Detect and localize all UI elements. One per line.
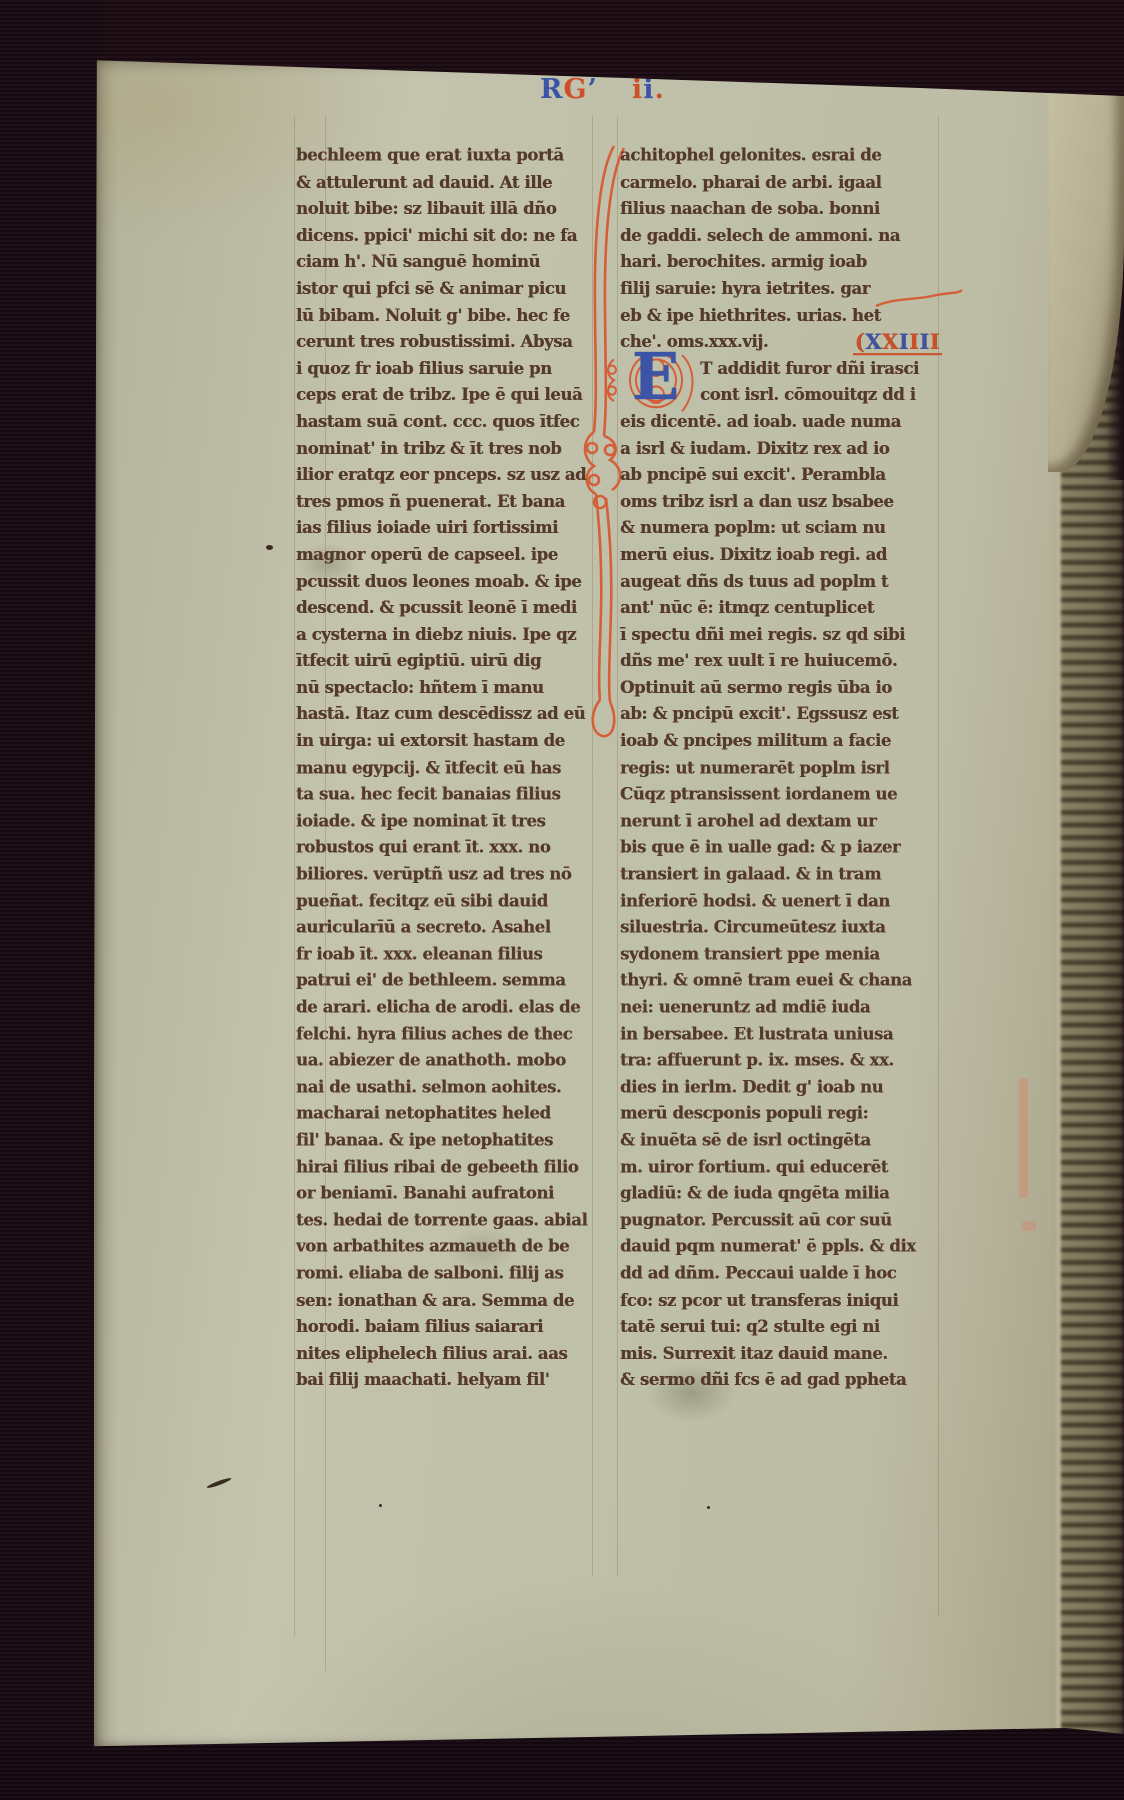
text-line: m. uiror fortium. qui educerēt <box>620 1153 942 1180</box>
text-line: Optinuit aū sermo regis ūba io <box>620 674 942 701</box>
rubric-char: X <box>882 328 899 354</box>
text-line: tra: affuerunt p. ix. mses. & xx. <box>620 1047 942 1074</box>
text-line: or beniamī. Banahi aufratoni <box>296 1180 596 1207</box>
text-line: dauid pqm numerat' ē ppls. & dix <box>620 1233 942 1260</box>
initial-letter-E: E <box>632 347 679 407</box>
ink-speck <box>379 1504 382 1507</box>
text-line: ioiade. & ipe nominat īt tres <box>296 807 596 834</box>
text-line: noluit bibe: sz libauit illā dño <box>296 195 596 222</box>
text-line: hastā. Itaz cum descēdissz ad eū <box>296 701 596 728</box>
rubric-char: ’ <box>588 74 598 105</box>
text-line: bechleem que erat iuxta portā <box>296 142 596 169</box>
text-line: auricularīū a secreto. Asahel <box>296 914 596 941</box>
text-line: macharai netophatites heled <box>296 1100 596 1127</box>
text-line: pugnator. Percussit aū cor suū <box>620 1207 942 1234</box>
rubric-char: X <box>865 328 882 354</box>
text-line: tes. hedai de torrente gaas. abial <box>296 1207 596 1234</box>
text-line: ab: & pncipū excit'. Egssusz est <box>620 701 942 728</box>
manuscript-photo: RG’ ii. bechleem que erat iuxta portā& a… <box>0 0 1124 1800</box>
text-line: nei: ueneruntz ad mdiē iuda <box>620 994 942 1021</box>
rubric-char: I <box>909 328 919 354</box>
text-line: & numera poplm: ut sciam nu <box>620 515 942 542</box>
text-column-right: achitophel gelonites. esrai decarmelo. p… <box>620 142 942 1393</box>
text-line: in uirga: ui extorsit hastam de <box>296 728 596 755</box>
text-line: bai filij maachati. helyam fil' <box>296 1366 596 1393</box>
rubric-char: R <box>540 74 563 105</box>
text-line: magnor operū de capseel. ipe <box>296 541 596 568</box>
text-line: ītfecit uirū egiptiū. uirū dig <box>296 648 596 675</box>
text-line: in bersabee. Et lustrata uniusa <box>620 1020 942 1047</box>
text-line: horodi. baiam filius saiarari <box>296 1313 596 1340</box>
text-line: nū spectaclo: hñtem ī manu <box>296 674 596 701</box>
text-line: nites eliphelech filius arai. aas <box>296 1340 596 1367</box>
text-line: biliores. verūptñ usz ad tres nō <box>296 861 596 888</box>
text-line: descend. & pcussit leonē ī medi <box>296 594 596 621</box>
text-line: dñs me' rex uult ī re huiucemō. <box>620 648 942 675</box>
text-line: nominat' in tribz & īt tres nob <box>296 435 596 462</box>
text-line: filius naachan de soba. bonni <box>620 195 942 222</box>
text-line: i quoz fr ioab filius saruie pn <box>296 355 596 382</box>
text-line: augeat dñs ds tuus ad poplm t <box>620 568 942 595</box>
text-line: hari. berochites. armig ioab <box>620 248 942 275</box>
text-column-left: bechleem que erat iuxta portā& attulerun… <box>296 142 596 1393</box>
text-line: fco: sz pcor ut transferas iniqui <box>620 1287 942 1314</box>
text-line: transiert in galaad. & in tram <box>620 861 942 888</box>
text-line: de arari. elicha de arodi. elas de <box>296 994 596 1021</box>
text-line: merū eius. Dixitz ioab regi. ad <box>620 541 942 568</box>
text-line: inferiorē hodsi. & uenert ī dan <box>620 887 942 914</box>
text-line: ias filius ioiade uiri fortissimi <box>296 515 596 542</box>
text-line: a isrl & iudam. Dixitz rex ad io <box>620 435 942 462</box>
text-line: ī spectu dñi mei regis. sz qd sibi <box>620 621 942 648</box>
text-line: Cūqz ptransissent iordanem ue <box>620 781 942 808</box>
text-line: carmelo. pharai de arbi. igaal <box>620 169 942 196</box>
verso-show-through <box>1022 1221 1036 1231</box>
text-line: oms tribz isrl a dan usz bsabee <box>620 488 942 515</box>
text-line: fil' banaa. & ipe netophatites <box>296 1127 596 1154</box>
text-line: regis: ut numerarēt poplm isrl <box>620 754 942 781</box>
rubric-char: I <box>899 328 909 354</box>
text-line: ab pncipē sui excit'. Perambla <box>620 461 942 488</box>
text-line: cerunt tres robustissimi. Abysa <box>296 328 596 355</box>
text-line: pcussit duos leones moab. & ipe <box>296 568 596 595</box>
text-line: & sermo dñi fcs ē ad gad ppheta <box>620 1366 942 1393</box>
text-line: istor qui pfci sē & animar picu <box>296 275 596 302</box>
text-line: manu egypcij. & ītfecit eū has <box>296 754 596 781</box>
rubric-char: I <box>930 328 940 354</box>
text-line: siluestria. Circumeūtesz iuxta <box>620 914 942 941</box>
text-line: hastam suā cont. ccc. quos ītfec <box>296 408 596 435</box>
text-line: ciam h'. Nū sanguē hominū <box>296 248 596 275</box>
text-line: sen: ionathan & ara. Semma de <box>296 1287 596 1314</box>
text-line: ant' nūc ē: itmqz centuplicet <box>620 594 942 621</box>
text-line: robustos qui erant īt. xxx. no <box>296 834 596 861</box>
text-line: ta sua. hec fecit banaias filius <box>296 781 596 808</box>
red-line-filler-icon <box>874 288 964 314</box>
text-line: gladiū: & de iuda qngēta milia <box>620 1180 942 1207</box>
ruling-line <box>294 116 295 1636</box>
text-line: tres pmos ñ puenerat. Et bana <box>296 488 596 515</box>
text-line: hirai filius ribai de gebeeth filio <box>296 1153 596 1180</box>
text-line: achitophel gelonites. esrai de <box>620 142 942 169</box>
ink-speck <box>707 1506 710 1509</box>
ink-speck <box>206 1477 232 1490</box>
rubric-char: ( <box>855 328 865 354</box>
text-line: dies in ierlm. Dedit g' ioab nu <box>620 1074 942 1101</box>
ink-speck <box>266 545 273 550</box>
text-line: ioab & pncipes militum a facie <box>620 728 942 755</box>
text-line: ilior eratqz eor pnceps. sz usz ad <box>296 461 596 488</box>
running-title-number: ii. <box>632 76 665 103</box>
chapter-number: (XXIIII <box>853 329 942 355</box>
text-line: ceps erat de tribz. Ipe ē qui leuā <box>296 382 596 409</box>
running-title-book: RG’ <box>540 76 598 103</box>
text-line: patrui ei' de bethleem. semma <box>296 967 596 994</box>
text-line: lū bibam. Noluit g' bibe. hec fe <box>296 302 596 329</box>
manuscript-page: RG’ ii. bechleem que erat iuxta portā& a… <box>94 56 1066 1748</box>
text-line: de gaddi. selech de ammoni. na <box>620 222 942 249</box>
illuminated-initial: E <box>614 349 700 418</box>
chapter-lines: T addidit furor dñi irascicont isrl. cōm… <box>620 355 942 1393</box>
text-line: merū descponis populi regi: <box>620 1100 942 1127</box>
text-line: bis que ē in ualle gad: & p iazer <box>620 834 942 861</box>
chapter-24-text: E T addidit furor dñi irascicont isrl. c… <box>620 355 942 1393</box>
text-line: tatē serui tui: q2 stulte egi ni <box>620 1313 942 1340</box>
text-line: thyri. & omnē tram euei & chana <box>620 967 942 994</box>
rubric-char: I <box>919 328 929 354</box>
verso-show-through <box>1019 1078 1028 1198</box>
text-line: felchi. hyra filius aches de thec <box>296 1020 596 1047</box>
text-line: fr ioab īt. xxx. eleanan filius <box>296 941 596 968</box>
text-line: dicens. ppici' michi sit do: ne fa <box>296 222 596 249</box>
text-line: sydonem transiert ppe menia <box>620 941 942 968</box>
text-line: a cysterna in diebz niuis. Ipe qz <box>296 621 596 648</box>
text-line: nerunt ī arohel ad dextam ur <box>620 807 942 834</box>
text-line: romi. eliaba de salboni. filij as <box>296 1260 596 1287</box>
background-cloth-left <box>0 0 100 1800</box>
text-line: von arbathites azmaueth de be <box>296 1233 596 1260</box>
text-line: mis. Surrexit itaz dauid mane. <box>620 1340 942 1367</box>
text-line: & inuēta sē de isrl octingēta <box>620 1127 942 1154</box>
text-line: & attulerunt ad dauid. At ille <box>296 169 596 196</box>
text-line: nai de usathi. selmon aohites. <box>296 1074 596 1101</box>
rubric-char: G <box>563 74 587 105</box>
text-line: dd ad dñm. Peccaui ualde ī hoc <box>620 1260 942 1287</box>
text-line: pueñat. fecitqz eū sibi dauid <box>296 887 596 914</box>
text-line: ua. abiezer de anathoth. mobo <box>296 1047 596 1074</box>
rubric-char: i <box>632 74 643 105</box>
